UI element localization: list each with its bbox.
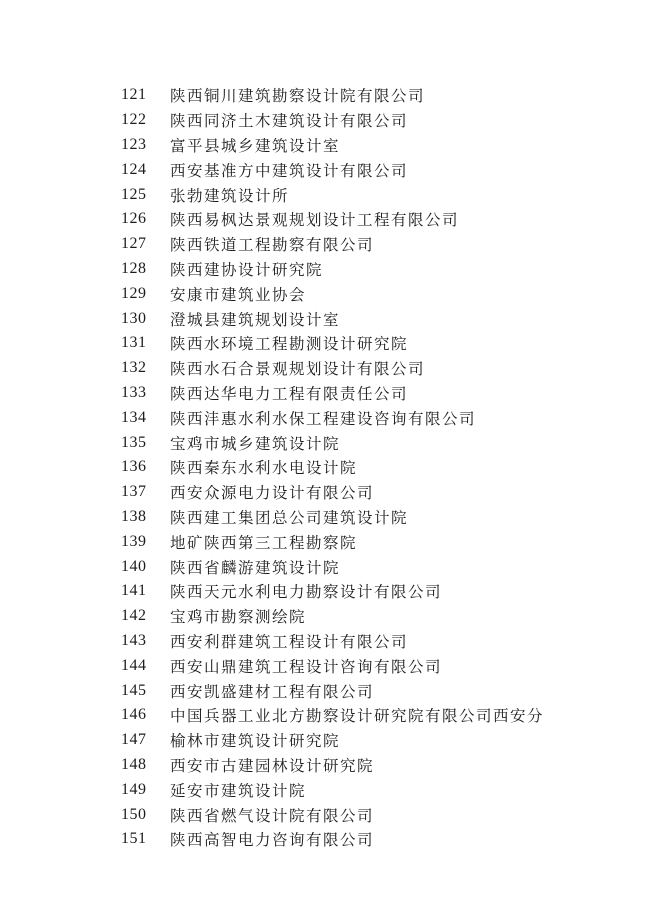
company-name: 陕西同济土木建筑设计有限公司 bbox=[170, 109, 408, 131]
list-item: 138陕西建工集团总公司建筑设计院 bbox=[121, 505, 630, 530]
list-item: 128陕西建协设计研究院 bbox=[121, 257, 630, 282]
list-item: 135宝鸡市城乡建筑设计院 bbox=[121, 430, 630, 455]
company-name: 西安山鼎建筑工程设计咨询有限公司 bbox=[170, 655, 442, 677]
company-name: 宝鸡市勘察测绘院 bbox=[170, 605, 306, 627]
list-item: 141陕西天元水利电力勘察设计有限公司 bbox=[121, 579, 630, 604]
item-number: 148 bbox=[121, 756, 170, 774]
item-number: 123 bbox=[121, 136, 170, 154]
item-number: 132 bbox=[121, 359, 170, 377]
item-number: 122 bbox=[121, 111, 170, 129]
company-list: 121陕西铜川建筑勘察设计院有限公司122陕西同济土木建筑设计有限公司123富平… bbox=[121, 83, 630, 852]
item-number: 134 bbox=[121, 409, 170, 427]
item-number: 139 bbox=[121, 533, 170, 551]
list-item: 139地矿陕西第三工程勘察院 bbox=[121, 529, 630, 554]
company-name: 陕西建工集团总公司建筑设计院 bbox=[170, 506, 408, 528]
company-name: 榆林市建筑设计研究院 bbox=[170, 729, 340, 751]
company-name: 安康市建筑业协会 bbox=[170, 283, 306, 305]
company-name: 中国兵器工业北方勘察设计研究院有限公司西安分 bbox=[170, 704, 544, 726]
item-number: 145 bbox=[121, 682, 170, 700]
company-name: 澄城县建筑规划设计室 bbox=[170, 308, 340, 330]
item-number: 146 bbox=[121, 706, 170, 724]
list-item: 140陕西省麟游建筑设计院 bbox=[121, 554, 630, 579]
item-number: 140 bbox=[121, 558, 170, 576]
company-name: 西安众源电力设计有限公司 bbox=[170, 481, 374, 503]
item-number: 141 bbox=[121, 582, 170, 600]
company-name: 陕西易枫达景观规划设计工程有限公司 bbox=[170, 208, 459, 230]
company-name: 陕西高智电力咨询有限公司 bbox=[170, 828, 374, 850]
company-name: 西安利群建筑工程设计有限公司 bbox=[170, 630, 408, 652]
list-item: 142宝鸡市勘察测绘院 bbox=[121, 604, 630, 629]
company-name: 西安基准方中建筑设计有限公司 bbox=[170, 159, 408, 181]
company-name: 富平县城乡建筑设计室 bbox=[170, 134, 340, 156]
item-number: 149 bbox=[121, 781, 170, 799]
item-number: 128 bbox=[121, 260, 170, 278]
item-number: 150 bbox=[121, 806, 170, 824]
company-name: 陕西省燃气设计院有限公司 bbox=[170, 804, 374, 826]
item-number: 124 bbox=[121, 161, 170, 179]
item-number: 151 bbox=[121, 830, 170, 848]
company-name: 西安凯盛建材工程有限公司 bbox=[170, 680, 374, 702]
company-name: 陕西水环境工程勘测设计研究院 bbox=[170, 332, 408, 354]
list-item: 122陕西同济土木建筑设计有限公司 bbox=[121, 108, 630, 133]
company-name: 陕西天元水利电力勘察设计有限公司 bbox=[170, 580, 442, 602]
company-name: 地矿陕西第三工程勘察院 bbox=[170, 531, 357, 553]
company-name: 陕西铁道工程勘察有限公司 bbox=[170, 233, 374, 255]
list-item: 121陕西铜川建筑勘察设计院有限公司 bbox=[121, 83, 630, 108]
list-item: 124西安基准方中建筑设计有限公司 bbox=[121, 157, 630, 182]
list-item: 130澄城县建筑规划设计室 bbox=[121, 306, 630, 331]
item-number: 143 bbox=[121, 632, 170, 650]
list-item: 146中国兵器工业北方勘察设计研究院有限公司西安分 bbox=[121, 703, 630, 728]
list-item: 143西安利群建筑工程设计有限公司 bbox=[121, 629, 630, 654]
list-item: 136陕西秦东水利水电设计院 bbox=[121, 455, 630, 480]
company-name: 陕西水石合景观规划设计有限公司 bbox=[170, 357, 425, 379]
company-name: 陕西省麟游建筑设计院 bbox=[170, 556, 340, 578]
company-name: 延安市建筑设计院 bbox=[170, 779, 306, 801]
item-number: 144 bbox=[121, 657, 170, 675]
company-name: 陕西铜川建筑勘察设计院有限公司 bbox=[170, 84, 425, 106]
list-item: 131陕西水环境工程勘测设计研究院 bbox=[121, 331, 630, 356]
company-name: 陕西建协设计研究院 bbox=[170, 258, 323, 280]
list-item: 148西安市古建园林设计研究院 bbox=[121, 753, 630, 778]
list-item: 149延安市建筑设计院 bbox=[121, 777, 630, 802]
list-item: 125张勃建筑设计所 bbox=[121, 182, 630, 207]
item-number: 127 bbox=[121, 235, 170, 253]
item-number: 138 bbox=[121, 508, 170, 526]
item-number: 136 bbox=[121, 458, 170, 476]
company-name: 陕西秦东水利水电设计院 bbox=[170, 456, 357, 478]
item-number: 121 bbox=[121, 86, 170, 104]
list-item: 127陕西铁道工程勘察有限公司 bbox=[121, 232, 630, 257]
list-item: 144西安山鼎建筑工程设计咨询有限公司 bbox=[121, 653, 630, 678]
item-number: 130 bbox=[121, 310, 170, 328]
item-number: 135 bbox=[121, 434, 170, 452]
item-number: 126 bbox=[121, 210, 170, 228]
item-number: 131 bbox=[121, 334, 170, 352]
list-item: 151陕西高智电力咨询有限公司 bbox=[121, 827, 630, 852]
list-item: 145西安凯盛建材工程有限公司 bbox=[121, 678, 630, 703]
list-item: 123富平县城乡建筑设计室 bbox=[121, 133, 630, 158]
list-item: 137西安众源电力设计有限公司 bbox=[121, 480, 630, 505]
document-page: 121陕西铜川建筑勘察设计院有限公司122陕西同济土木建筑设计有限公司123富平… bbox=[0, 0, 650, 919]
list-item: 150陕西省燃气设计院有限公司 bbox=[121, 802, 630, 827]
list-item: 134陕西沣惠水利水保工程建设咨询有限公司 bbox=[121, 405, 630, 430]
company-name: 张勃建筑设计所 bbox=[170, 184, 289, 206]
list-item: 132陕西水石合景观规划设计有限公司 bbox=[121, 356, 630, 381]
item-number: 133 bbox=[121, 384, 170, 402]
company-name: 宝鸡市城乡建筑设计院 bbox=[170, 432, 340, 454]
item-number: 147 bbox=[121, 731, 170, 749]
company-name: 陕西达华电力工程有限责任公司 bbox=[170, 382, 408, 404]
company-name: 陕西沣惠水利水保工程建设咨询有限公司 bbox=[170, 407, 476, 429]
company-name: 西安市古建园林设计研究院 bbox=[170, 754, 374, 776]
item-number: 125 bbox=[121, 186, 170, 204]
list-item: 129安康市建筑业协会 bbox=[121, 281, 630, 306]
item-number: 142 bbox=[121, 607, 170, 625]
list-item: 147榆林市建筑设计研究院 bbox=[121, 728, 630, 753]
item-number: 129 bbox=[121, 285, 170, 303]
item-number: 137 bbox=[121, 483, 170, 501]
list-item: 133陕西达华电力工程有限责任公司 bbox=[121, 381, 630, 406]
list-item: 126陕西易枫达景观规划设计工程有限公司 bbox=[121, 207, 630, 232]
